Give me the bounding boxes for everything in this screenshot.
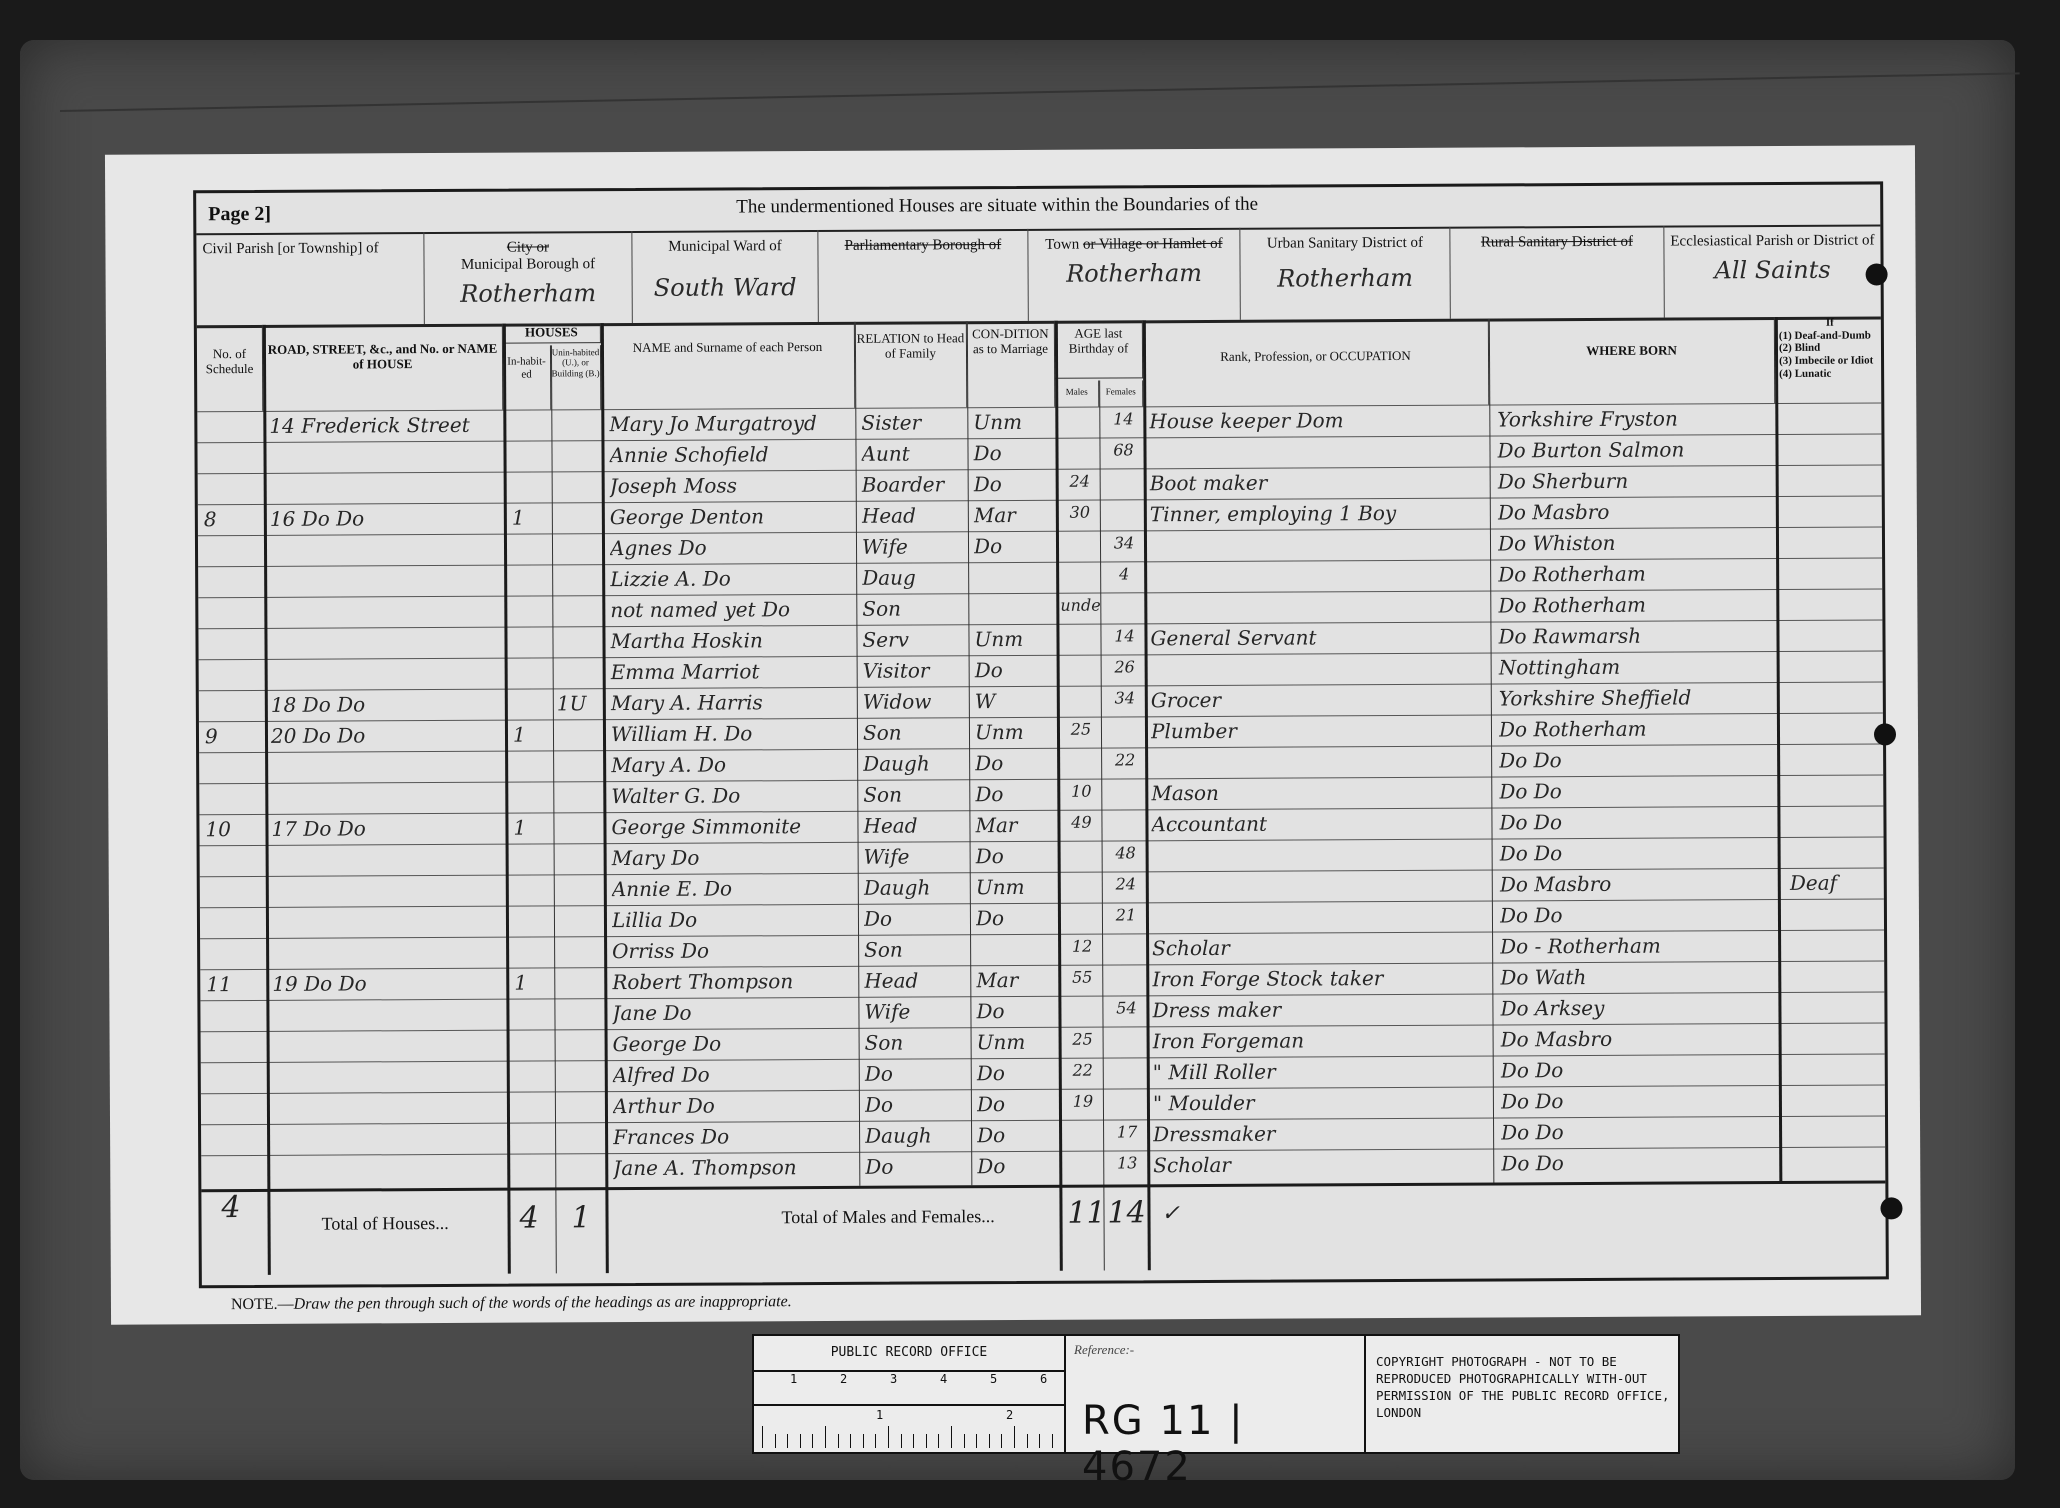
rural-sanitary-label: Rural Sanitary District of [1481,234,1633,251]
where-born-cell: Nottingham [1499,654,1775,683]
page-number: Page 2] [208,203,271,226]
female-age-cell: 14 [1103,409,1143,437]
male-age-cell [1062,999,1102,1027]
municipal-borough-cell: City or Municipal Borough of Rotherham [424,231,632,324]
inhabited-cell [515,1063,553,1091]
relation-cell: Sister [861,410,965,439]
schedule-cell [207,1034,263,1062]
uninhabited-cell [559,1125,603,1153]
relation-cell: Son [865,1030,969,1059]
inhabited-cell [512,474,550,502]
uninhabited-cell [557,784,601,812]
where-born-cell: Do Whiston [1498,530,1774,559]
header-condition: CON-DITION as to Marriage [967,321,1055,407]
inhabited-cell [514,846,552,874]
name-cell: Mary A. Do [611,752,855,781]
ruler-mark: 2 [840,1372,847,1386]
ruler-tick [888,1426,889,1448]
road-cell [273,1064,503,1093]
where-born-cell: Do Wath [1500,964,1776,993]
relation-cell: Do [865,1061,969,1090]
male-age-cell [1060,627,1100,655]
schedule-cell [205,693,261,721]
urban-sanitary-value: Rotherham [1241,264,1450,293]
road-cell: 16 Do Do [270,506,500,535]
road-cell [270,630,500,659]
schedule-cell [206,879,262,907]
ruler-mark: 1 [790,1372,797,1386]
male-age-cell: 24 [1060,472,1100,500]
condition-cell: Do [976,999,1056,1027]
condition-cell: Do [974,472,1054,500]
relation-cell: Daugh [863,751,967,780]
female-age-cell: 17 [1107,1122,1147,1150]
relation-cell: Wife [864,999,968,1028]
municipal-borough-label: Municipal Borough of [461,256,595,273]
road-cell [271,785,501,814]
female-age-cell: 24 [1106,874,1146,902]
where-born-cell: Do Masbro [1501,1026,1777,1055]
name-cell: George Simmonite [611,814,855,843]
male-age-cell [1060,534,1100,562]
uninhabited-cell [556,536,600,564]
inhabited-cell [515,1156,553,1184]
road-cell [272,940,502,969]
road-cell: 19 Do Do [272,971,502,1000]
ruler-mark: 3 [890,1372,897,1386]
uninhabited-cell [558,939,602,967]
inhabited-cell [513,660,551,688]
schedule-cell [204,476,260,504]
name-cell: Joseph Moss [610,473,854,502]
schedule-cell [203,445,259,473]
female-age-cell: 21 [1106,905,1146,933]
infirmity-imbecile-label: (3) Imbecile or Idiot [1779,354,1881,367]
where-born-cell: Do Do [1501,1088,1777,1117]
uninhabited-cell: 1U [557,691,601,719]
ruler-tick [1052,1434,1053,1448]
parliamentary-borough-label: Parliamentary Borough of [845,237,1002,254]
name-cell: Arthur Do [613,1093,857,1122]
female-age-cell: 4 [1104,564,1144,592]
town-label: Town [1045,237,1079,253]
male-age-cell [1059,441,1099,469]
uninhabited-cell [558,846,602,874]
condition-cell [976,937,1056,965]
infirmity-cell [1789,746,1881,774]
occupation-cell: Tinner, employing 1 Boy [1150,501,1488,531]
inhabited-cell [511,443,549,471]
female-age-cell [1105,719,1145,747]
occupation-cell [1152,842,1490,872]
total-uninhabited: 1 [571,1200,590,1235]
schedule-cell [204,600,260,628]
uninhabited-cell [559,1094,603,1122]
header-uninhabited: Unin-habited (U.), or Building (B.) [551,345,601,409]
uninhabited-cell [557,660,601,688]
reference-box: Reference:- RG 11 | 4672 [1064,1336,1366,1452]
condition-cell [974,565,1054,593]
name-cell: Jane Do [612,1000,856,1029]
ruler-tick [976,1434,977,1448]
ruler-tick [812,1434,813,1448]
where-born-cell: Do - Rotherham [1500,933,1776,962]
occupation-cell: Iron Forge Stock taker [1152,966,1490,996]
where-born-cell: Do Burton Salmon [1497,437,1773,466]
relation-cell: Head [864,968,968,997]
female-age-cell [1107,1060,1147,1088]
ruler-mark: 5 [990,1372,997,1386]
inhabited-cell [511,412,549,440]
ruler-tick [850,1434,851,1448]
schedule-cell [205,755,261,783]
relation-cell: Head [862,503,966,532]
condition-cell: Do [975,782,1055,810]
male-age-cell [1061,751,1101,779]
occupation-cell [1151,656,1489,686]
uninhabited-cell [556,567,600,595]
female-age-cell: 34 [1105,688,1145,716]
male-age-cell: 19 [1063,1092,1103,1120]
urban-sanitary-label: Urban Sanitary District of [1267,235,1423,252]
male-age-cell [1062,906,1102,934]
uninhabited-cell [555,412,599,440]
female-age-cell: 48 [1106,843,1146,871]
where-born-cell: Do Masbro [1500,871,1776,900]
condition-cell: Unm [975,720,1055,748]
schedule-cell [207,1127,263,1155]
infirmity-cell [1791,1056,1883,1084]
totals-row: 4 Total of Houses... 4 1 Total of Males … [201,1180,1885,1262]
condition-cell [974,596,1054,624]
where-born-cell: Do Do [1499,747,1775,776]
header-females: Females [1099,380,1143,406]
condition-cell: Mar [976,968,1056,996]
ruler-tick [1039,1434,1040,1448]
uninhabited-cell [555,443,599,471]
male-age-cell [1062,875,1102,903]
name-cell: Annie Schofield [609,442,853,471]
inhabited-cell [513,784,551,812]
road-cell [273,1157,503,1186]
check-mark-icon: ✓ [1161,1201,1180,1226]
female-age-cell [1105,812,1145,840]
occupation-cell [1150,532,1488,562]
schedule-cell [205,662,261,690]
female-age-cell: 34 [1104,533,1144,561]
relation-cell: Son [863,720,967,749]
municipal-ward-cell: Municipal Ward of South Ward [632,230,818,323]
reference-value: RG 11 | 4672 [1082,1398,1364,1490]
schedule-cell [207,1096,263,1124]
schedule-cell [204,538,260,566]
total-males: 11 [1067,1196,1105,1231]
road-cell: 20 Do Do [271,723,501,752]
infirmity-cell [1789,777,1881,805]
name-cell: William H. Do [611,721,855,750]
name-cell: Mary Jo Murgatroyd [609,411,853,440]
inhabited-cell [514,939,552,967]
municipal-borough-value: Rotherham [425,279,632,308]
header-age: AGE last Birthday of [1055,320,1143,378]
road-cell [273,1126,503,1155]
road-cell [271,661,501,690]
civil-parish-cell: Civil Parish [or Township] of [196,232,424,325]
where-born-cell: Do Do [1500,902,1776,931]
name-cell: Frances Do [613,1124,857,1153]
male-age-cell: under 1mo [1060,596,1100,624]
header-males: Males [1055,381,1099,407]
occupation-cell: Scholar [1152,935,1490,965]
copyright-notice: COPYRIGHT PHOTOGRAPH - NOT TO BE REPRODU… [1376,1354,1672,1422]
uninhabited-cell [556,505,600,533]
road-cell [272,909,502,938]
road-cell [272,1002,502,1031]
occupation-cell [1151,749,1489,779]
occupation-cell: House keeper Dom [1149,408,1487,438]
infirmity-cell [1790,994,1882,1022]
ecclesiastical-parish-label: Ecclesiastical Parish or District of [1670,232,1874,249]
male-age-cell [1059,410,1099,438]
occupation-cell: Iron Forgeman [1153,1028,1491,1058]
name-cell: Martha Hoskin [610,628,854,657]
public-record-office-card: PUBLIC RECORD OFFICE 1 2 3 4 5 6 1 2 Ref… [752,1334,1680,1454]
ruler-mark: 2 [1006,1408,1013,1422]
infirmity-cell [1787,436,1879,464]
where-born-cell: Do Arksey [1500,995,1776,1024]
header-inhabited: In-habit-ed [503,345,551,409]
reference-label: Reference:- [1074,1342,1134,1358]
schedule-cell: 11 [206,972,262,1000]
occupation-cell: " Mill Roller [1153,1059,1491,1089]
relation-cell: Daug [862,565,966,594]
header-occupation: Rank, Profession, or OCCUPATION [1143,319,1489,407]
header-houses: HOUSES [503,323,601,344]
where-born-cell: Do Rotherham [1499,716,1775,745]
name-cell: Mary A. Harris [611,690,855,719]
relation-cell: Daugh [865,1123,969,1152]
inhabited-cell: 1 [512,505,550,533]
road-cell [270,475,500,504]
occupation-cell: Dressmaker [1153,1121,1491,1151]
ruler-tick [838,1434,839,1448]
male-age-cell: 22 [1063,1061,1103,1089]
infirmity-cell [1791,1149,1883,1177]
ruler-tick [875,1434,876,1448]
where-born-cell: Do Do [1501,1150,1777,1179]
occupation-cell: Scholar [1153,1152,1491,1182]
inhabited-cell [512,567,550,595]
road-cell [271,754,501,783]
uninhabited-cell [558,970,602,998]
name-cell: Walter G. Do [611,783,855,812]
road-cell [273,1033,503,1062]
schedule-cell [206,910,262,938]
condition-cell: Mar [974,503,1054,531]
name-cell: Orriss Do [612,938,856,967]
ruler-tick [787,1434,788,1448]
inhabited-cell [512,536,550,564]
infirmity-deaf-dumb-label: (1) Deaf-and-Dumb [1779,329,1881,342]
where-born-cell: Do Do [1500,840,1776,869]
boundaries-banner: The undermentioned Houses are situate wi… [736,194,1258,219]
parliamentary-borough-cell: Parliamentary Borough of [818,229,1028,322]
road-cell [269,444,499,473]
condition-cell: Do [975,658,1055,686]
inhabited-cell: 1 [514,970,552,998]
inhabited-cell [513,753,551,781]
relation-cell: Widow [863,689,967,718]
note-prefix: NOTE.— [231,1296,294,1313]
ruler-tick [901,1434,902,1448]
inhabited-cell [512,598,550,626]
punch-hole-icon [1874,723,1896,745]
schedule-cell [206,941,262,969]
where-born-cell: Do Rotherham [1498,561,1774,590]
header-relation: RELATION to Head of Family [855,321,967,408]
occupation-cell [1150,594,1488,624]
female-age-cell: 13 [1107,1153,1147,1181]
civil-parish-label: Civil Parish [or Township] of [202,240,378,257]
infirmity-lunatic-label: (4) Lunatic [1779,367,1881,380]
where-born-cell: Do Rotherham [1498,592,1774,621]
male-age-cell: 30 [1060,503,1100,531]
infirmity-cell [1791,1118,1883,1146]
occupation-cell: General Servant [1150,625,1488,655]
infirmity-cell [1790,932,1882,960]
ruler-mark: 6 [1040,1372,1047,1386]
ruler-tick [1014,1426,1015,1448]
urban-sanitary-cell: Urban Sanitary District of Rotherham [1240,227,1450,320]
road-cell [272,878,502,907]
ruler-tick [1001,1434,1002,1448]
uninhabited-cell [559,1063,603,1091]
condition-cell: W [975,689,1055,717]
where-born-cell: Do Do [1501,1057,1777,1086]
relation-cell: Visitor [863,658,967,687]
male-age-cell [1063,1154,1103,1182]
ruler-tick [964,1434,965,1448]
occupation-cell [1150,563,1488,593]
uninhabited-cell [556,598,600,626]
road-cell [270,568,500,597]
infirmity-cell [1788,529,1880,557]
header-where-born: WHERE BORN [1489,317,1775,404]
male-age-cell [1063,1123,1103,1151]
census-page: Page 2] The undermentioned Houses are si… [105,145,1921,1324]
inhabited-cell [513,691,551,719]
male-age-cell: 25 [1063,1030,1103,1058]
schedule-cell [204,631,260,659]
ruler-inches: 1 2 3 4 5 6 [754,1370,1066,1406]
female-age-cell [1104,595,1144,623]
schedule-cell: 10 [205,817,261,845]
total-houses-label: Total of Houses... [321,1213,448,1235]
schedule-cell: 9 [205,724,261,752]
infirmity-cell: Deaf [1790,870,1882,898]
inhabited-cell [514,1001,552,1029]
inhabited-cell: 1 [513,722,551,750]
where-born-cell: Do Sherburn [1498,468,1774,497]
male-age-cell [1061,689,1101,717]
occupation-cell [1149,439,1487,469]
condition-cell: Do [977,1061,1057,1089]
ruler-tick [775,1434,776,1448]
infirmity-cell [1788,467,1880,495]
total-females: 14 [1107,1195,1145,1230]
infirmity-cell [1789,808,1881,836]
ruler-centimetres: 1 2 [754,1404,1066,1452]
occupation-cell: " Moulder [1153,1090,1491,1120]
name-cell: Emma Marriot [611,659,855,688]
female-age-cell [1104,502,1144,530]
ecclesiastical-parish-cell: Ecclesiastical Parish or District of All… [1664,224,1880,317]
female-age-cell [1107,1029,1147,1057]
name-cell: Lillia Do [612,907,856,936]
infirmity-cell [1790,963,1882,991]
male-age-cell [1062,844,1102,872]
where-born-cell: Yorkshire Sheffield [1499,685,1775,714]
occupation-cell: Plumber [1151,718,1489,748]
condition-cell: Do [977,1092,1057,1120]
where-born-cell: Do Rawmarsh [1498,623,1774,652]
infirmity-cell [1788,591,1880,619]
infirmity-cell [1789,653,1881,681]
male-age-cell [1060,565,1100,593]
census-form: Page 2] The undermentioned Houses are si… [193,181,1889,1288]
where-born-cell: Do Do [1499,809,1775,838]
female-age-cell: 68 [1103,440,1143,468]
punch-hole-icon [1880,1197,1902,1219]
ruler-tick [926,1434,927,1448]
relation-cell: Do [865,1154,969,1183]
ruler-tick [989,1434,990,1448]
inhabited-cell: 1 [513,815,551,843]
name-cell: Jane A. Thompson [613,1155,857,1184]
occupation-cell [1152,904,1490,934]
female-age-cell: 14 [1104,626,1144,654]
female-age-cell [1105,781,1145,809]
uninhabited-cell [558,1001,602,1029]
occupation-cell: Accountant [1151,811,1489,841]
occupation-cell: Grocer [1151,687,1489,717]
header-schedule: No. of Schedule [197,325,263,411]
relation-cell: Daugh [864,875,968,904]
infirmity-cell [1789,684,1881,712]
uninhabited-cell [558,908,602,936]
uninhabited-cell [557,722,601,750]
infirmity-cell [1790,839,1882,867]
boundary-row: Civil Parish [or Township] of City or Mu… [196,224,1880,328]
inhabited-cell [512,629,550,657]
total-schedules: 4 [221,1190,240,1225]
infirmity-cell [1791,1087,1883,1115]
infirmity-cell [1791,1025,1883,1053]
header-road: ROAD, STREET, &c., and No. or NAME of HO… [263,324,503,411]
male-age-cell: 12 [1062,937,1102,965]
condition-cell: Unm [977,1030,1057,1058]
road-cell [272,847,502,876]
office-title: PUBLIC RECORD OFFICE [754,1336,1066,1372]
infirmity-cell [1790,901,1882,929]
schedule-cell [206,1003,262,1031]
female-age-cell [1104,471,1144,499]
relation-cell: Son [864,937,968,966]
village-hamlet-struck-label: or Village or Hamlet of [1083,236,1223,253]
total-inhabited: 4 [519,1200,538,1235]
relation-cell: Do [865,1092,969,1121]
ruler-tick [1027,1434,1028,1448]
